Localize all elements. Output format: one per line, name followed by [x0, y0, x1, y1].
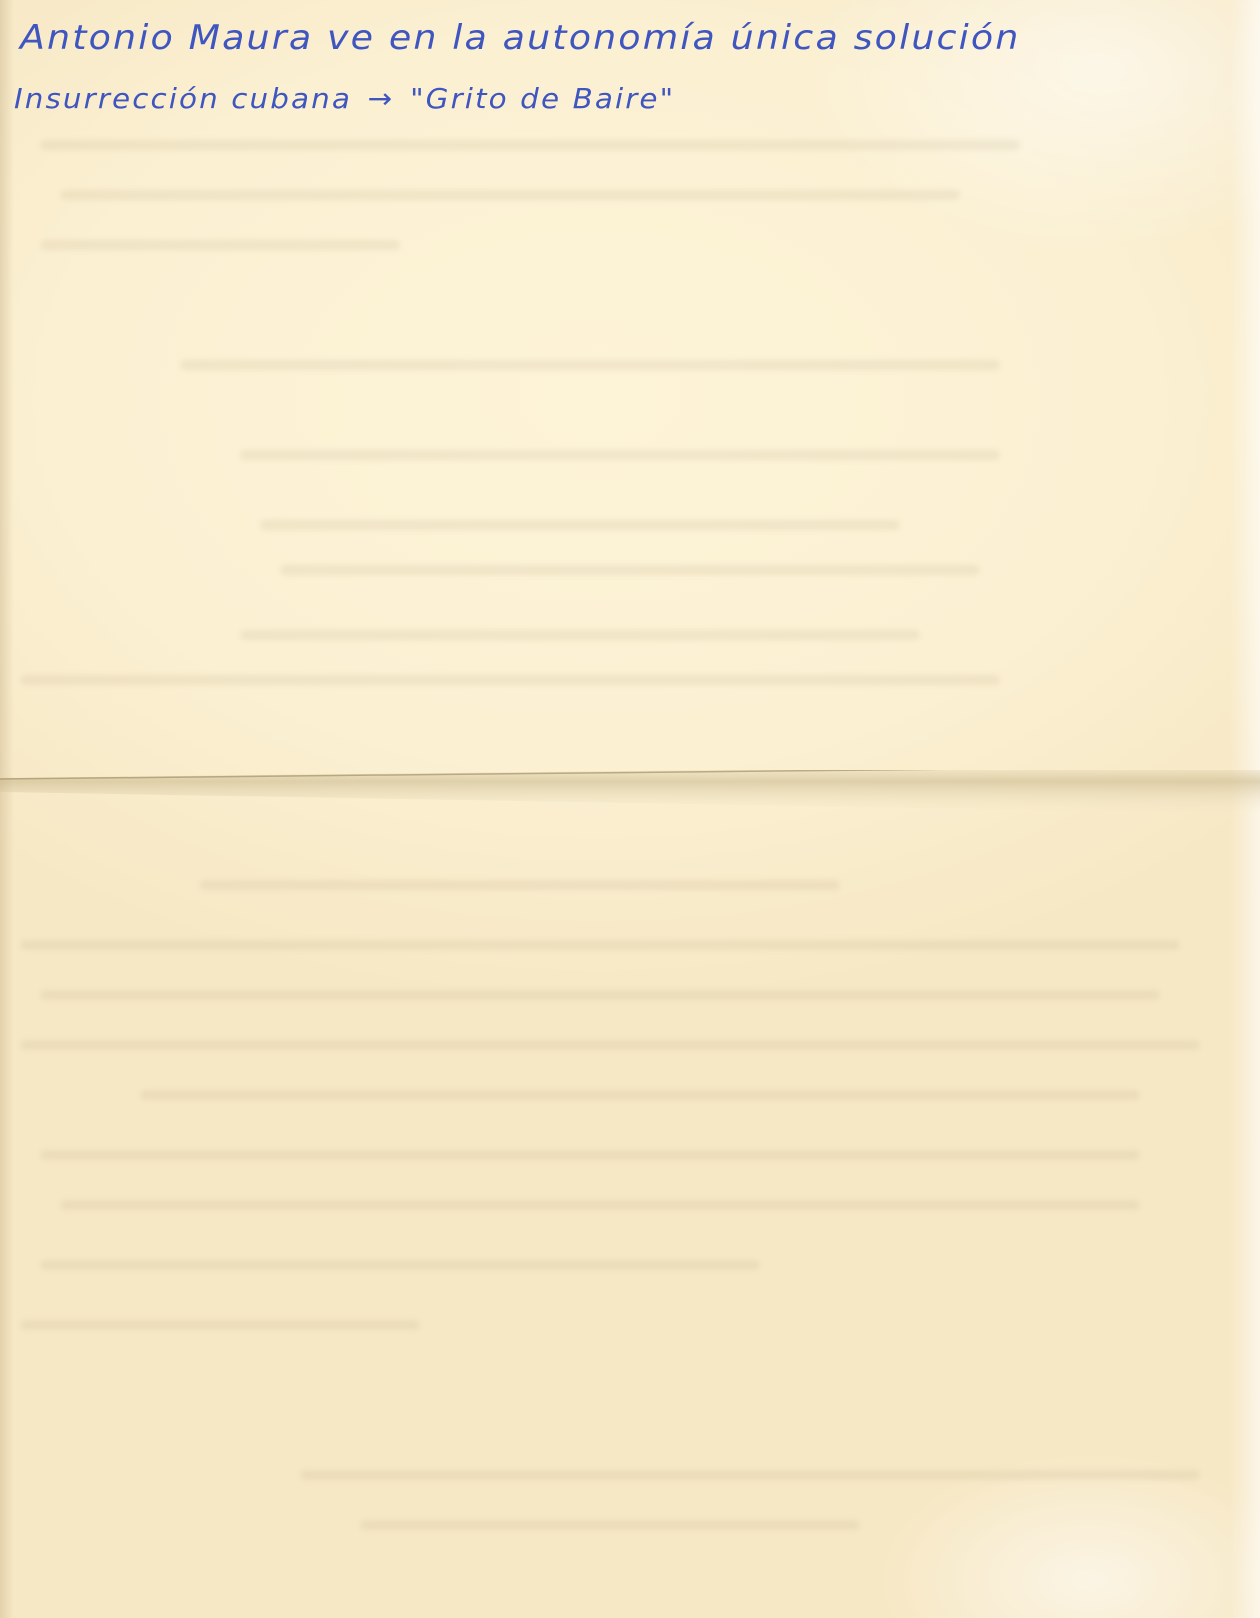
- line-2-quote: "Grito de Baire": [410, 82, 675, 115]
- handwritten-line-1: Antonio Maura ve en la autonomía única s…: [20, 18, 1021, 58]
- line-2-text: Insurrección cubana: [14, 82, 352, 115]
- arrow-right-icon: →: [368, 82, 395, 115]
- paper-page: Antonio Maura ve en la autonomía única s…: [0, 0, 1260, 1618]
- paper-edge-right: [1230, 0, 1260, 1618]
- fold-crease: [0, 770, 1260, 818]
- paper-edge-left: [0, 0, 14, 1618]
- reverse-side-showthrough: [0, 0, 1260, 1618]
- handwritten-line-2: Insurrección cubana → "Grito de Baire": [14, 82, 675, 115]
